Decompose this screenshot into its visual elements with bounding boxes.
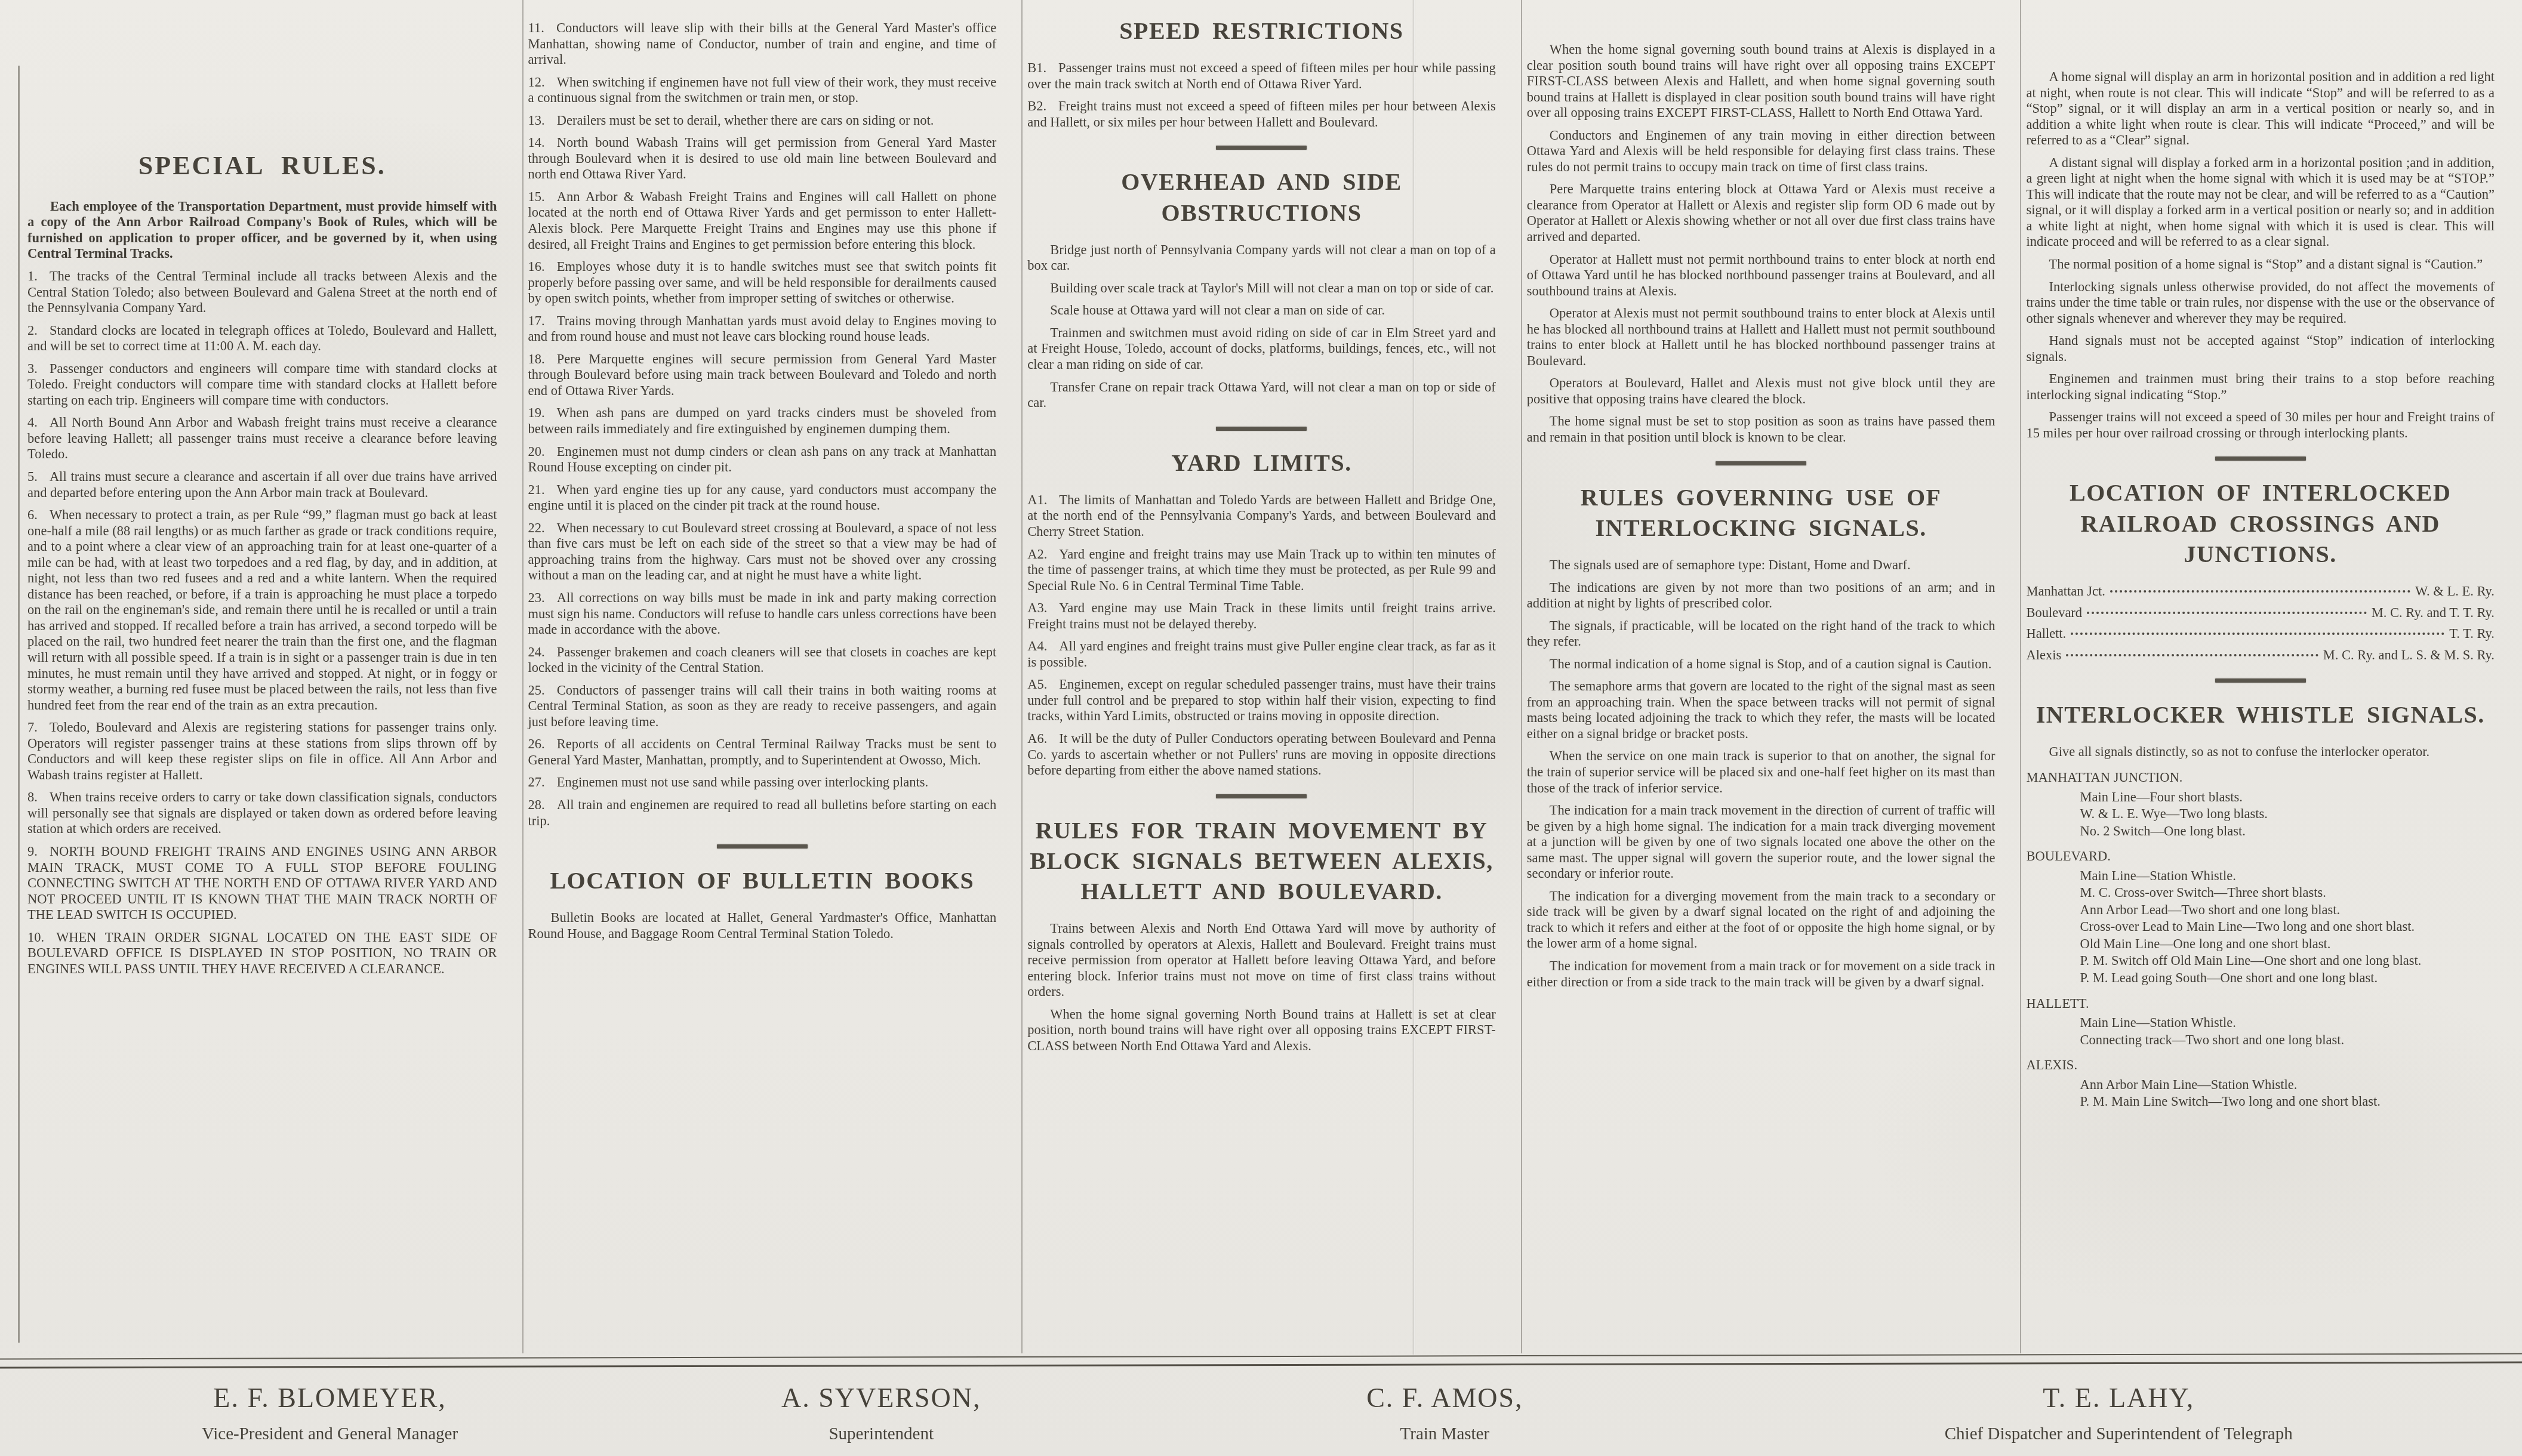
rule-text: Standard clocks are located in telegraph… <box>27 323 497 354</box>
rule-number: 12. <box>528 75 557 90</box>
rule-number: 14. <box>528 135 557 150</box>
yard-rule-a6: A6.It will be the duty of Puller Conduct… <box>1027 731 1496 779</box>
crossing-railway: W. & L. E. Ry. <box>2415 584 2495 600</box>
rule-text: Yard engine and freight trains may use M… <box>1027 547 1496 593</box>
section-divider <box>717 844 808 849</box>
whistle-signal: No. 2 Switch—One long blast. <box>2026 823 2495 840</box>
whistle-signals-heading: INTERLOCKER WHISTLE SIGNALS. <box>2026 699 2495 730</box>
special-rule-9: 9.NORTH BOUND FREIGHT TRAINS AND ENGINES… <box>27 844 497 923</box>
rule-text: NORTH BOUND FREIGHT TRAINS AND ENGINES U… <box>27 844 497 922</box>
rule-text: Conductors will leave slip with their bi… <box>528 20 997 67</box>
whistle-signals-intro: Give all signals distinctly, so as not t… <box>2026 744 2495 760</box>
special-rule-17: 17.Trains moving through Manhattan yards… <box>528 313 997 345</box>
block-signal-paragraph: Conductors and Enginemen of any train mo… <box>1527 128 1996 175</box>
rule-text: Derailers must be set to derail, whether… <box>557 113 934 128</box>
rule-text: Passenger brakemen and coach cleaners wi… <box>528 644 997 675</box>
block-signal-paragraph: Operators at Boulevard, Hallet and Alexi… <box>1527 375 1996 407</box>
rule-text: Passenger trains must not exceed a speed… <box>1027 60 1496 91</box>
crossing-railway: M. C. Ry. and T. T. Ry. <box>2372 605 2495 621</box>
rule-text: Reports of all accidents on Central Term… <box>528 736 997 767</box>
obstruction-paragraph: Bridge just north of Pennsylvania Compan… <box>1027 242 1496 274</box>
rule-number: 27. <box>528 775 557 789</box>
crossing-railway: T. T. Ry. <box>2449 626 2495 642</box>
special-rule-25: 25.Conductors of passenger trains will c… <box>528 683 997 730</box>
signature-title: Chief Dispatcher and Superintendent of T… <box>1765 1424 2472 1444</box>
signal-aspect-paragraph: Enginemen and trainmen must bring their … <box>2026 371 2495 403</box>
signal-aspect-paragraph: The normal position of a home signal is … <box>2026 257 2495 273</box>
signature-lahy: T. E. LAHY, Chief Dispatcher and Superin… <box>1751 1382 2486 1444</box>
special-rule-27: 27.Enginemen must not use sand while pas… <box>528 775 997 791</box>
column-block-interlocking: When the home signal governing south bou… <box>1521 0 2000 1353</box>
rule-text: Enginemen must not use sand while passin… <box>557 775 928 789</box>
obstruction-paragraph: Trainmen and switchmen must avoid riding… <box>1027 325 1496 373</box>
rule-text: Yard engine may use Main Track in these … <box>1027 600 1496 631</box>
special-rule-13: 13.Derailers must be set to derail, whet… <box>528 113 997 129</box>
block-signal-rules-heading: RULES FOR TRAIN MOVEMENT BY BLOCK SIGNAL… <box>1027 815 1496 907</box>
rule-number: 18. <box>528 351 557 366</box>
crossing-entry: Manhattan Jct.W. & L. E. Ry. <box>2026 584 2495 600</box>
rule-number: 3. <box>27 361 50 376</box>
interlocking-paragraph: The signals, if practicable, will be loc… <box>1527 618 1996 650</box>
special-rule-19: 19.When ash pans are dumped on yard trac… <box>528 405 997 437</box>
rule-number: 21. <box>528 482 557 497</box>
column-rules-continued: 11.Conductors will leave slip with their… <box>522 0 1002 1353</box>
column-signals-whistle: A home signal will display an arm in hor… <box>2020 0 2499 1353</box>
rule-number: A1. <box>1027 492 1059 507</box>
special-rule-15: 15.Ann Arbor & Wabash Freight Trains and… <box>528 189 997 252</box>
rule-text: Conductors of passenger trains will call… <box>528 683 997 729</box>
yard-limits-heading: YARD LIMITS. <box>1027 448 1496 478</box>
rule-number: 11. <box>528 20 556 35</box>
special-rule-16: 16.Employes whose duty it is to handle s… <box>528 259 997 307</box>
whistle-signal: Main Line—Station Whistle. <box>2026 868 2495 884</box>
special-rule-6: 6.When necessary to protect a train, as … <box>27 507 497 713</box>
rule-number: 9. <box>27 844 50 859</box>
column-special-rules: SPECIAL RULES. Each employee of the Tran… <box>23 0 502 1353</box>
block-signal-paragraph: Operator at Alexis must not permit south… <box>1527 306 1996 369</box>
interlocking-paragraph: The indications are given by not more th… <box>1527 580 1996 612</box>
special-rule-4: 4.All North Bound Ann Arbor and Wabash f… <box>27 415 497 462</box>
whistle-station-name: HALLETT. <box>2026 996 2495 1012</box>
crossing-entry: AlexisM. C. Ry. and L. S. & M. S. Ry. <box>2026 647 2495 664</box>
yard-rule-a3: A3.Yard engine may use Main Track in the… <box>1027 600 1496 632</box>
signal-aspect-paragraph: Hand signals must not be accepted agains… <box>2026 333 2495 365</box>
signal-aspect-paragraph: Interlocking signals unless otherwise pr… <box>2026 279 2495 327</box>
interlocking-paragraph: The semaphore arms that govern are locat… <box>1527 678 1996 742</box>
rule-text: When ash pans are dumped on yard tracks … <box>528 405 997 436</box>
rule-text: North bound Wabash Trains will get permi… <box>528 135 997 181</box>
rule-text: Passenger conductors and engineers will … <box>27 361 497 408</box>
rule-number: 15. <box>528 189 557 204</box>
crossing-station: Hallett. <box>2026 626 2066 642</box>
timetable-page: SPECIAL RULES. Each employee of the Tran… <box>0 0 2522 1456</box>
whistle-signal: M. C. Cross-over Switch—Three short blas… <box>2026 885 2495 901</box>
dot-leader <box>2110 590 2410 593</box>
rule-number: 16. <box>528 259 557 274</box>
dot-leader <box>2066 654 2318 656</box>
column-speed-yard: SPEED RESTRICTIONS B1.Passenger trains m… <box>1021 0 1501 1353</box>
rule-text: The tracks of the Central Terminal inclu… <box>27 269 497 315</box>
yard-rule-a1: A1.The limits of Manhattan and Toledo Ya… <box>1027 492 1496 540</box>
signature-name: C. F. AMOS, <box>1153 1382 1736 1414</box>
signature-amos: C. F. AMOS, Train Master <box>1138 1382 1751 1444</box>
bulletin-books-heading: LOCATION OF BULLETIN BOOKS <box>528 865 997 896</box>
signature-footer: E. F. BLOMEYER, Vice-President and Gener… <box>0 1356 2522 1456</box>
rule-number: 2. <box>27 323 50 338</box>
rule-number: 17. <box>528 313 557 328</box>
rule-text: When switching if enginemen have not ful… <box>528 75 997 106</box>
bulletin-books-text: Bulletin Books are located at Hallet, Ge… <box>528 910 997 942</box>
rule-text: Pere Marquette engines will secure permi… <box>528 351 997 398</box>
interlocking-paragraph: The indication for a diverging movement … <box>1527 889 1996 952</box>
whistle-signal: Ann Arbor Lead—Two short and one long bl… <box>2026 902 2495 918</box>
special-rules-heading: SPECIAL RULES. <box>27 150 497 182</box>
signal-aspect-paragraph: A distant signal will display a forked a… <box>2026 155 2495 250</box>
rule-number: 25. <box>528 683 557 698</box>
obstruction-paragraph: Scale house at Ottawa yard will not clea… <box>1027 303 1496 319</box>
crossing-entry: BoulevardM. C. Ry. and T. T. Ry. <box>2026 605 2495 621</box>
rule-number: 22. <box>528 520 557 535</box>
rule-text: Toledo, Boulevard and Alexis are registe… <box>27 720 497 782</box>
whistle-signal: Ann Arbor Main Line—Station Whistle. <box>2026 1077 2495 1093</box>
block-signal-paragraph: The home signal must be set to stop posi… <box>1527 414 1996 445</box>
footer-rule-thick <box>0 1362 2522 1369</box>
special-rule-8: 8.When trains receive orders to carry or… <box>27 789 497 837</box>
whistle-station-manhattan-junction: MANHATTAN JUNCTION. Main Line—Four short… <box>2026 770 2495 839</box>
rules-columns: SPECIAL RULES. Each employee of the Tran… <box>0 0 2522 1353</box>
rule-text: Enginemen must not dump cinders or clean… <box>528 444 997 475</box>
special-rule-24: 24.Passenger brakemen and coach cleaners… <box>528 644 997 676</box>
signature-title: Train Master <box>1153 1424 1736 1444</box>
signature-row: E. F. BLOMEYER, Vice-President and Gener… <box>0 1382 2522 1444</box>
interlocking-paragraph: The normal indication of a home signal i… <box>1527 656 1996 673</box>
interlocking-signals-heading: RULES GOVERNING USE OF INTERLOCKING SIGN… <box>1527 482 1996 543</box>
rule-number: 20. <box>528 444 557 459</box>
block-signal-paragraph: When the home signal governing North Bou… <box>1027 1007 1496 1054</box>
special-rule-20: 20.Enginemen must not dump cinders or cl… <box>528 444 997 476</box>
whistle-signal: P. M. Lead going South—One short and one… <box>2026 970 2495 986</box>
interlocking-paragraph: The signals used are of semaphore type: … <box>1527 557 1996 573</box>
section-divider <box>1216 427 1307 431</box>
whistle-station-name: MANHATTAN JUNCTION. <box>2026 770 2495 786</box>
special-rules-intro: Each employee of the Transportation Depa… <box>27 199 497 262</box>
rule-text: WHEN TRAIN ORDER SIGNAL LOCATED ON THE E… <box>27 930 497 976</box>
special-rule-21: 21.When yard engine ties up for any caus… <box>528 482 997 514</box>
rule-number: A2. <box>1027 547 1059 562</box>
rule-text: Ann Arbor & Wabash Freight Trains and En… <box>528 189 997 252</box>
yard-rule-a4: A4.All yard engines and freight trains m… <box>1027 638 1496 670</box>
rule-number: B1. <box>1027 60 1058 75</box>
rule-number: 1. <box>27 269 50 283</box>
whistle-signal: P. M. Main Line Switch—Two long and one … <box>2026 1094 2495 1110</box>
rule-text: All train and enginemen are required to … <box>528 797 997 828</box>
rule-number: 6. <box>27 507 50 522</box>
special-rule-14: 14.North bound Wabash Trains will get pe… <box>528 135 997 183</box>
rule-text: The limits of Manhattan and Toledo Yards… <box>1027 492 1496 539</box>
special-rule-7: 7.Toledo, Boulevard and Alexis are regis… <box>27 720 497 783</box>
section-divider <box>2215 678 2306 683</box>
rule-number: A3. <box>1027 600 1059 615</box>
special-rule-1: 1.The tracks of the Central Terminal inc… <box>27 269 497 316</box>
section-divider <box>1716 461 1806 465</box>
whistle-station-name: BOULEVARD. <box>2026 849 2495 865</box>
whistle-signal: P. M. Switch off Old Main Line—One short… <box>2026 953 2495 969</box>
rule-text: All trains must secure a clearance and a… <box>27 469 497 500</box>
rule-number: A5. <box>1027 677 1059 692</box>
signature-name: A. SYVERSON, <box>638 1382 1124 1414</box>
whistle-signal: Old Main Line—One long and one short bla… <box>2026 936 2495 952</box>
rule-text: Employes whose duty it is to handle swit… <box>528 259 997 306</box>
section-divider <box>1216 146 1307 150</box>
rule-number: 10. <box>27 930 56 945</box>
block-signal-paragraph: When the home signal governing south bou… <box>1527 42 1996 121</box>
rule-number: 7. <box>27 720 50 735</box>
whistle-signal: Main Line—Four short blasts. <box>2026 789 2495 806</box>
whistle-station-hallett: HALLETT. Main Line—Station Whistle. Conn… <box>2026 996 2495 1048</box>
rule-number: 5. <box>27 469 50 484</box>
rule-number: 13. <box>528 113 557 128</box>
special-rule-10: 10.WHEN TRAIN ORDER SIGNAL LOCATED ON TH… <box>27 930 497 977</box>
rule-text: When necessary to protect a train, as pe… <box>27 507 497 712</box>
rule-number: 19. <box>528 405 557 420</box>
rule-text: Trains moving through Manhattan yards mu… <box>528 313 997 344</box>
rule-text: Enginemen, except on regular scheduled p… <box>1027 677 1496 723</box>
rule-number: 24. <box>528 644 557 659</box>
interlocking-paragraph: The indication for movement from a main … <box>1527 958 1996 990</box>
signature-title: Vice-President and General Manager <box>50 1424 609 1444</box>
rule-number: 28. <box>528 797 557 812</box>
signature-name: E. F. BLOMEYER, <box>50 1382 609 1414</box>
special-rule-12: 12.When switching if enginemen have not … <box>528 75 997 106</box>
rule-number: 4. <box>27 415 50 430</box>
whistle-station-boulevard: BOULEVARD. Main Line—Station Whistle. M.… <box>2026 849 2495 986</box>
rule-number: A6. <box>1027 731 1059 746</box>
whistle-station-alexis: ALEXIS. Ann Arbor Main Line—Station Whis… <box>2026 1057 2495 1110</box>
special-rule-11: 11.Conductors will leave slip with their… <box>528 20 997 68</box>
dot-leader <box>2071 633 2444 635</box>
speed-restrictions-heading: SPEED RESTRICTIONS <box>1027 16 1496 46</box>
crossing-railway: M. C. Ry. and L. S. & M. S. Ry. <box>2323 647 2495 664</box>
rule-number: B2. <box>1027 98 1058 113</box>
interlocking-paragraph: When the service on one main track is su… <box>1527 748 1996 796</box>
obstruction-paragraph: Building over scale track at Taylor's Mi… <box>1027 280 1496 297</box>
rule-text: All corrections on way bills must be mad… <box>528 590 997 637</box>
section-divider <box>2215 456 2306 461</box>
signal-aspect-paragraph: A home signal will display an arm in hor… <box>2026 69 2495 149</box>
rule-text: All yard engines and freight trains must… <box>1027 638 1496 670</box>
crossing-station: Alexis <box>2026 647 2061 664</box>
rule-text: It will be the duty of Puller Conductors… <box>1027 731 1496 778</box>
signature-syverson: A. SYVERSON, Superintendent <box>624 1382 1138 1444</box>
rule-number: 8. <box>27 789 50 804</box>
yard-rule-a5: A5.Enginemen, except on regular schedule… <box>1027 677 1496 724</box>
signature-blomeyer: E. F. BLOMEYER, Vice-President and Gener… <box>36 1382 624 1444</box>
obstructions-heading: OVERHEAD AND SIDE OBSTRUCTIONS <box>1027 166 1496 227</box>
speed-rule-b1: B1.Passenger trains must not exceed a sp… <box>1027 60 1496 92</box>
special-rule-2: 2.Standard clocks are located in telegra… <box>27 323 497 354</box>
special-rule-23: 23.All corrections on way bills must be … <box>528 590 997 638</box>
block-signal-paragraph: Pere Marquette trains entering block at … <box>1527 181 1996 245</box>
obstruction-paragraph: Transfer Crane on repair track Ottawa Ya… <box>1027 380 1496 411</box>
signature-title: Superintendent <box>638 1424 1124 1444</box>
special-rule-26: 26.Reports of all accidents on Central T… <box>528 736 997 768</box>
whistle-signal: W. & L. E. Wye—Two long blasts. <box>2026 806 2495 822</box>
rule-text: Freight trains must not exceed a speed o… <box>1027 98 1496 129</box>
yard-rule-a2: A2.Yard engine and freight trains may us… <box>1027 547 1496 594</box>
block-signal-paragraph: Trains between Alexis and North End Otta… <box>1027 921 1496 1000</box>
rule-number: 23. <box>528 590 557 605</box>
signal-aspect-paragraph: Passenger trains will not exceed a speed… <box>2026 409 2495 441</box>
rule-text: When trains receive orders to carry or t… <box>27 789 497 836</box>
dot-leader <box>2087 612 2367 614</box>
section-divider <box>1216 794 1307 798</box>
rule-text: All North Bound Ann Arbor and Wabash fre… <box>27 415 497 461</box>
special-rule-22: 22.When necessary to cut Boulevard stree… <box>528 520 997 584</box>
rule-text: When yard engine ties up for any cause, … <box>528 482 997 513</box>
interlocking-paragraph: The indication for a main track movement… <box>1527 803 1996 882</box>
whistle-signal: Main Line—Station Whistle. <box>2026 1015 2495 1031</box>
rule-number: 26. <box>528 736 557 751</box>
rule-number: A4. <box>1027 638 1059 653</box>
special-rule-3: 3.Passenger conductors and engineers wil… <box>27 361 497 409</box>
special-rule-18: 18.Pere Marquette engines will secure pe… <box>528 351 997 399</box>
crossing-station: Boulevard <box>2026 605 2082 621</box>
signature-name: T. E. LAHY, <box>1765 1382 2472 1414</box>
special-rule-5: 5.All trains must secure a clearance and… <box>27 469 497 501</box>
whistle-station-name: ALEXIS. <box>2026 1057 2495 1074</box>
whistle-signal: Cross-over Lead to Main Line—Two long an… <box>2026 919 2495 935</box>
crossing-station: Manhattan Jct. <box>2026 584 2105 600</box>
rule-text: When necessary to cut Boulevard street c… <box>528 520 997 583</box>
crossing-entry: Hallett.T. T. Ry. <box>2026 626 2495 642</box>
block-signal-paragraph: Operator at Hallett must not permit nort… <box>1527 252 1996 300</box>
special-rule-28: 28.All train and enginemen are required … <box>528 797 997 829</box>
speed-rule-b2: B2.Freight trains must not exceed a spee… <box>1027 98 1496 130</box>
interlocked-crossings-heading: LOCATION OF INTERLOCKED RAILROAD CROSSIN… <box>2026 477 2495 569</box>
footer-rule-thin <box>0 1353 2522 1360</box>
whistle-signal: Connecting track—Two short and one long … <box>2026 1032 2495 1048</box>
